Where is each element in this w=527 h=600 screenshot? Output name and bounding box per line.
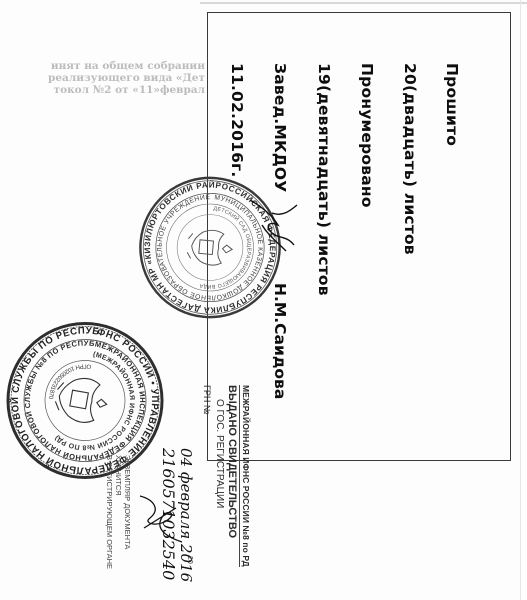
registration-block: МЕЖРАЙОННАЯ ИФНС РОССИИ №8 по РД ВЫДАНО … bbox=[201, 385, 251, 567]
bleed-through-text: инят на общем собрании реализующего вида… bbox=[0, 60, 205, 96]
ghost-line: токол №2 от «11»феврал bbox=[0, 84, 205, 96]
page-edge-top bbox=[200, 2, 527, 4]
sheet-count-numbered: 19(девятнадцать) листов bbox=[315, 63, 333, 296]
ghost-line: инят на общем собрании bbox=[0, 60, 205, 72]
tax-office-stamp: ФНС РОССИИ • УПРАВЛЕНИЕ ФЕДЕРАЛЬНОЙ НАЛО… bbox=[0, 307, 180, 493]
copy-note-line: ХРАНИТСЯ bbox=[114, 455, 123, 569]
certification-date: 11.02.2016г. bbox=[228, 63, 246, 177]
scanned-page: инят на общем собрании реализующего вида… bbox=[0, 0, 527, 600]
copy-storage-note: ЭКЗЕМПЛЯР ДОКУМЕНТА ХРАНИТСЯ В РЕГИСТРИР… bbox=[105, 455, 132, 569]
head-title: Завед.МКДОУ bbox=[271, 63, 289, 192]
stitched-label: Прошито bbox=[443, 63, 461, 146]
ghost-line: реализующего вида «Дет bbox=[0, 72, 205, 84]
year-prefix: 20 bbox=[186, 556, 193, 564]
certificate-issued-label: ВЫДАНО СВИДЕТЕЛЬСТВО bbox=[225, 385, 240, 567]
signature-scribble-icon bbox=[242, 195, 302, 255]
registration-authority: МЕЖРАЙОННАЯ ИФНС РОССИИ №8 по РД bbox=[240, 385, 251, 567]
numbered-label: Пронумеровано bbox=[358, 63, 376, 208]
state-emblem-icon: ФНС РОССИИ • УПРАВЛЕНИЕ ФЕДЕРАЛЬНОЙ НАЛО… bbox=[0, 307, 180, 493]
inspector-signature-icon bbox=[130, 488, 190, 548]
copy-note-line: В РЕГИСТРИРУЮЩЕМ ОРГАНЕ bbox=[105, 455, 114, 569]
grn-label: ГРН № bbox=[201, 385, 213, 567]
sheet-count-stitched: 20(двадцать) листов bbox=[401, 63, 419, 255]
page-edge-right bbox=[520, 0, 521, 600]
state-registration-label: О ГОС. РЕГИСТРАЦИИ bbox=[213, 385, 225, 567]
